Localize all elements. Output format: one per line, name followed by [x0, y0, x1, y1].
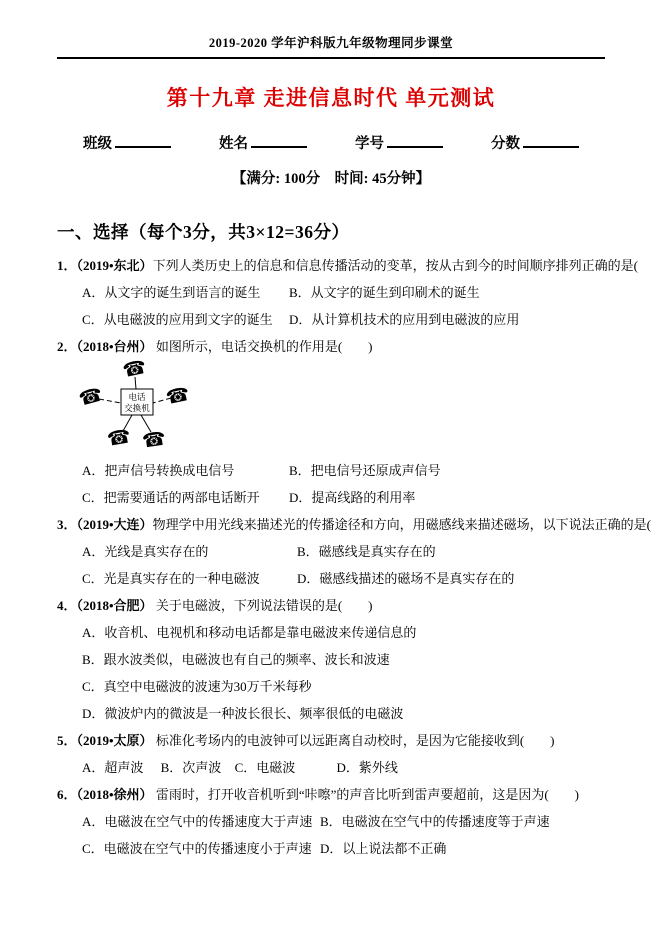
question-6-options-ab: A．电磁波在空气中的传播速度大于声速 B．电磁波在空气中的传播速度等于声速 [57, 808, 605, 835]
class-label: 班级 [83, 136, 112, 152]
question-5-stem: 5．（2019•太原） 标准化考场内的电波钟可以远距离自动校时，是因为它能接收到… [57, 727, 605, 754]
score-label: 分数 [491, 136, 520, 152]
question-6: 6．（2018•徐州） 雷雨时，打开收音机听到“咔嚓”的声音比听到雷声要超前，这… [57, 781, 605, 862]
question-4-option-a: A．收音机、电视机和移动电话都是靠电磁波来传递信息的 [57, 619, 605, 646]
question-5-option-b: B．次声波 [161, 754, 222, 781]
question-3-stem: 3．（2019•大连）物理学中用光线来描述光的传播途径和方向，用磁感线来描述磁场… [57, 511, 605, 538]
question-2-option-d: D．提高线路的利用率 [289, 484, 415, 511]
question-3: 3．（2019•大连）物理学中用光线来描述光的传播途径和方向，用磁感线来描述磁场… [57, 511, 605, 592]
question-1: 1．（2019•东北）下列人类历史上的信息和信息传播活动的变革，按从古到今的时间… [57, 252, 605, 333]
question-5: 5．（2019•太原） 标准化考场内的电波钟可以远距离自动校时，是因为它能接收到… [57, 727, 605, 781]
question-4: 4．（2018•合肥） 关于电磁波，下列说法错误的是( ) A．收音机、电视机和… [57, 592, 605, 727]
question-5-option-c: C．电磁波 [235, 754, 296, 781]
student-id-blank [387, 133, 443, 148]
student-id-field: 学号 [355, 133, 443, 154]
question-2-options-ab: A．把声信号转换成电信号 B．把电信号还原成声信号 [57, 457, 605, 484]
course-header: 2019-2020 学年沪科版九年级物理同步课堂 [57, 36, 605, 51]
question-5-option-a: A．超声波 [82, 754, 143, 781]
question-3-option-c: C．光是真实存在的一种电磁波 [82, 565, 297, 592]
question-4-option-d: D．微波炉内的微波是一种波长很长、频率很低的电磁波 [57, 700, 605, 727]
class-blank [115, 133, 171, 148]
question-1-option-a: A．从文字的诞生到语言的诞生 [82, 279, 289, 306]
question-4-option-b: B．跟水波类似，电磁波也有自己的频率、波长和波速 [57, 646, 605, 673]
question-4-number-source: 4．（2018•合肥） [57, 598, 153, 613]
page-title: 第十九章 走进信息时代 单元测试 [57, 84, 605, 112]
question-2-number-source: 2．（2018•台州） [57, 339, 153, 354]
question-3-text: 物理学中用光线来描述光的传播途径和方向，用磁感线来描述磁场，以下说法正确的是( … [153, 517, 661, 532]
question-6-text: 雷雨时，打开收音机听到“咔嚓”的声音比听到雷声要超前，这是因为( ) [153, 787, 579, 802]
question-1-stem: 1．（2019•东北）下列人类历史上的信息和信息传播活动的变革，按从古到今的时间… [57, 252, 605, 279]
question-1-options-ab: A．从文字的诞生到语言的诞生 B．从文字的诞生到印刷术的诞生 [57, 279, 605, 306]
section-heading-choice: 一、选择（每个3分，共3×12=36分） [57, 220, 605, 245]
question-6-option-c: C．电磁波在空气中的传播速度小于声速 [82, 835, 320, 862]
name-label: 姓名 [219, 136, 248, 152]
question-1-options-cd: C．从电磁波的应用到文字的诞生 D．从计算机技术的应用到电磁波的应用 [57, 306, 605, 333]
question-3-number-source: 3．（2019•大连） [57, 517, 153, 532]
telephone-icon: ☎ [164, 384, 192, 409]
question-3-options-cd: C．光是真实存在的一种电磁波 D．磁感线描述的磁场不是真实存在的 [57, 565, 605, 592]
question-6-option-d: D．以上说法都不正确 [320, 835, 446, 862]
question-3-option-b: B．磁感线是真实存在的 [297, 538, 436, 565]
telephone-exchange-diagram: 电话 交换机 ☎ ☎ ☎ ☎ ☎ [57, 360, 605, 457]
question-5-options: A．超声波 B．次声波 C．电磁波 D．紫外线 [57, 754, 605, 781]
line-bottom-right-phone [141, 415, 151, 432]
telephone-icon: ☎ [78, 384, 105, 410]
exchange-box-label-line1: 电话 [128, 392, 146, 402]
question-6-number-source: 6．（2018•徐州） [57, 787, 153, 802]
class-field: 班级 [83, 133, 171, 154]
question-2-options-cd: C．把需要通话的两部电话断开 D．提高线路的利用率 [57, 484, 605, 511]
question-2-text: 如图所示，电话交换机的作用是( ) [153, 339, 373, 354]
exchange-box-label-line2: 交换机 [124, 403, 150, 413]
telephone-icon: ☎ [141, 428, 167, 452]
question-4-text: 关于电磁波，下列说法错误的是( ) [153, 598, 373, 613]
question-2: 2．（2018•台州） 如图所示，电话交换机的作用是( ) 电话 交换机 ☎ ☎ [57, 333, 605, 511]
telephone-icon: ☎ [121, 360, 149, 382]
question-4-stem: 4．（2018•合肥） 关于电磁波，下列说法错误的是( ) [57, 592, 605, 619]
name-field: 姓名 [219, 133, 307, 154]
exam-info: 【满分: 100分 时间: 45分钟】 [57, 169, 605, 189]
score-field: 分数 [491, 133, 579, 154]
student-id-label: 学号 [355, 136, 384, 152]
question-5-number-source: 5．（2019•太原） [57, 733, 153, 748]
question-5-text: 标准化考场内的电波钟可以远距离自动校时，是因为它能接收到( ) [153, 733, 555, 748]
question-6-option-a: A．电磁波在空气中的传播速度大于声速 [82, 808, 320, 835]
question-2-option-c: C．把需要通话的两部电话断开 [82, 484, 289, 511]
question-6-options-cd: C．电磁波在空气中的传播速度小于声速 D．以上说法都不正确 [57, 835, 605, 862]
student-info-row: 班级 姓名 学号 分数 [57, 133, 605, 154]
questions-area: 1．（2019•东北）下列人类历史上的信息和信息传播活动的变革，按从古到今的时间… [57, 252, 605, 862]
test-paper-page: 2019-2020 学年沪科版九年级物理同步课堂 第十九章 走进信息时代 单元测… [0, 0, 661, 935]
question-3-options-ab: A．光线是真实存在的 B．磁感线是真实存在的 [57, 538, 605, 565]
question-3-option-d: D．磁感线描述的磁场不是真实存在的 [297, 565, 514, 592]
question-4-option-c: C．真空中电磁波的波速为30万千米每秒 [57, 673, 605, 700]
header-divider [57, 57, 605, 59]
score-blank [523, 133, 579, 148]
name-blank [251, 133, 307, 148]
question-1-option-d: D．从计算机技术的应用到电磁波的应用 [289, 306, 519, 333]
question-1-number-source: 1．（2019•东北） [57, 258, 153, 273]
question-5-option-d: D．紫外线 [336, 754, 397, 781]
question-6-stem: 6．（2018•徐州） 雷雨时，打开收音机听到“咔嚓”的声音比听到雷声要超前，这… [57, 781, 605, 808]
question-6-option-b: B．电磁波在空气中的传播速度等于声速 [320, 808, 550, 835]
question-3-option-a: A．光线是真实存在的 [82, 538, 297, 565]
question-1-text: 下列人类历史上的信息和信息传播活动的变革，按从古到今的时间顺序排列正确的是( ) [153, 258, 661, 273]
question-2-option-b: B．把电信号还原成声信号 [289, 457, 441, 484]
question-1-option-c: C．从电磁波的应用到文字的诞生 [82, 306, 289, 333]
telephone-icon: ☎ [106, 426, 133, 451]
question-2-option-a: A．把声信号转换成电信号 [82, 457, 289, 484]
question-2-stem: 2．（2018•台州） 如图所示，电话交换机的作用是( ) [57, 333, 605, 360]
question-1-option-b: B．从文字的诞生到印刷术的诞生 [289, 279, 480, 306]
